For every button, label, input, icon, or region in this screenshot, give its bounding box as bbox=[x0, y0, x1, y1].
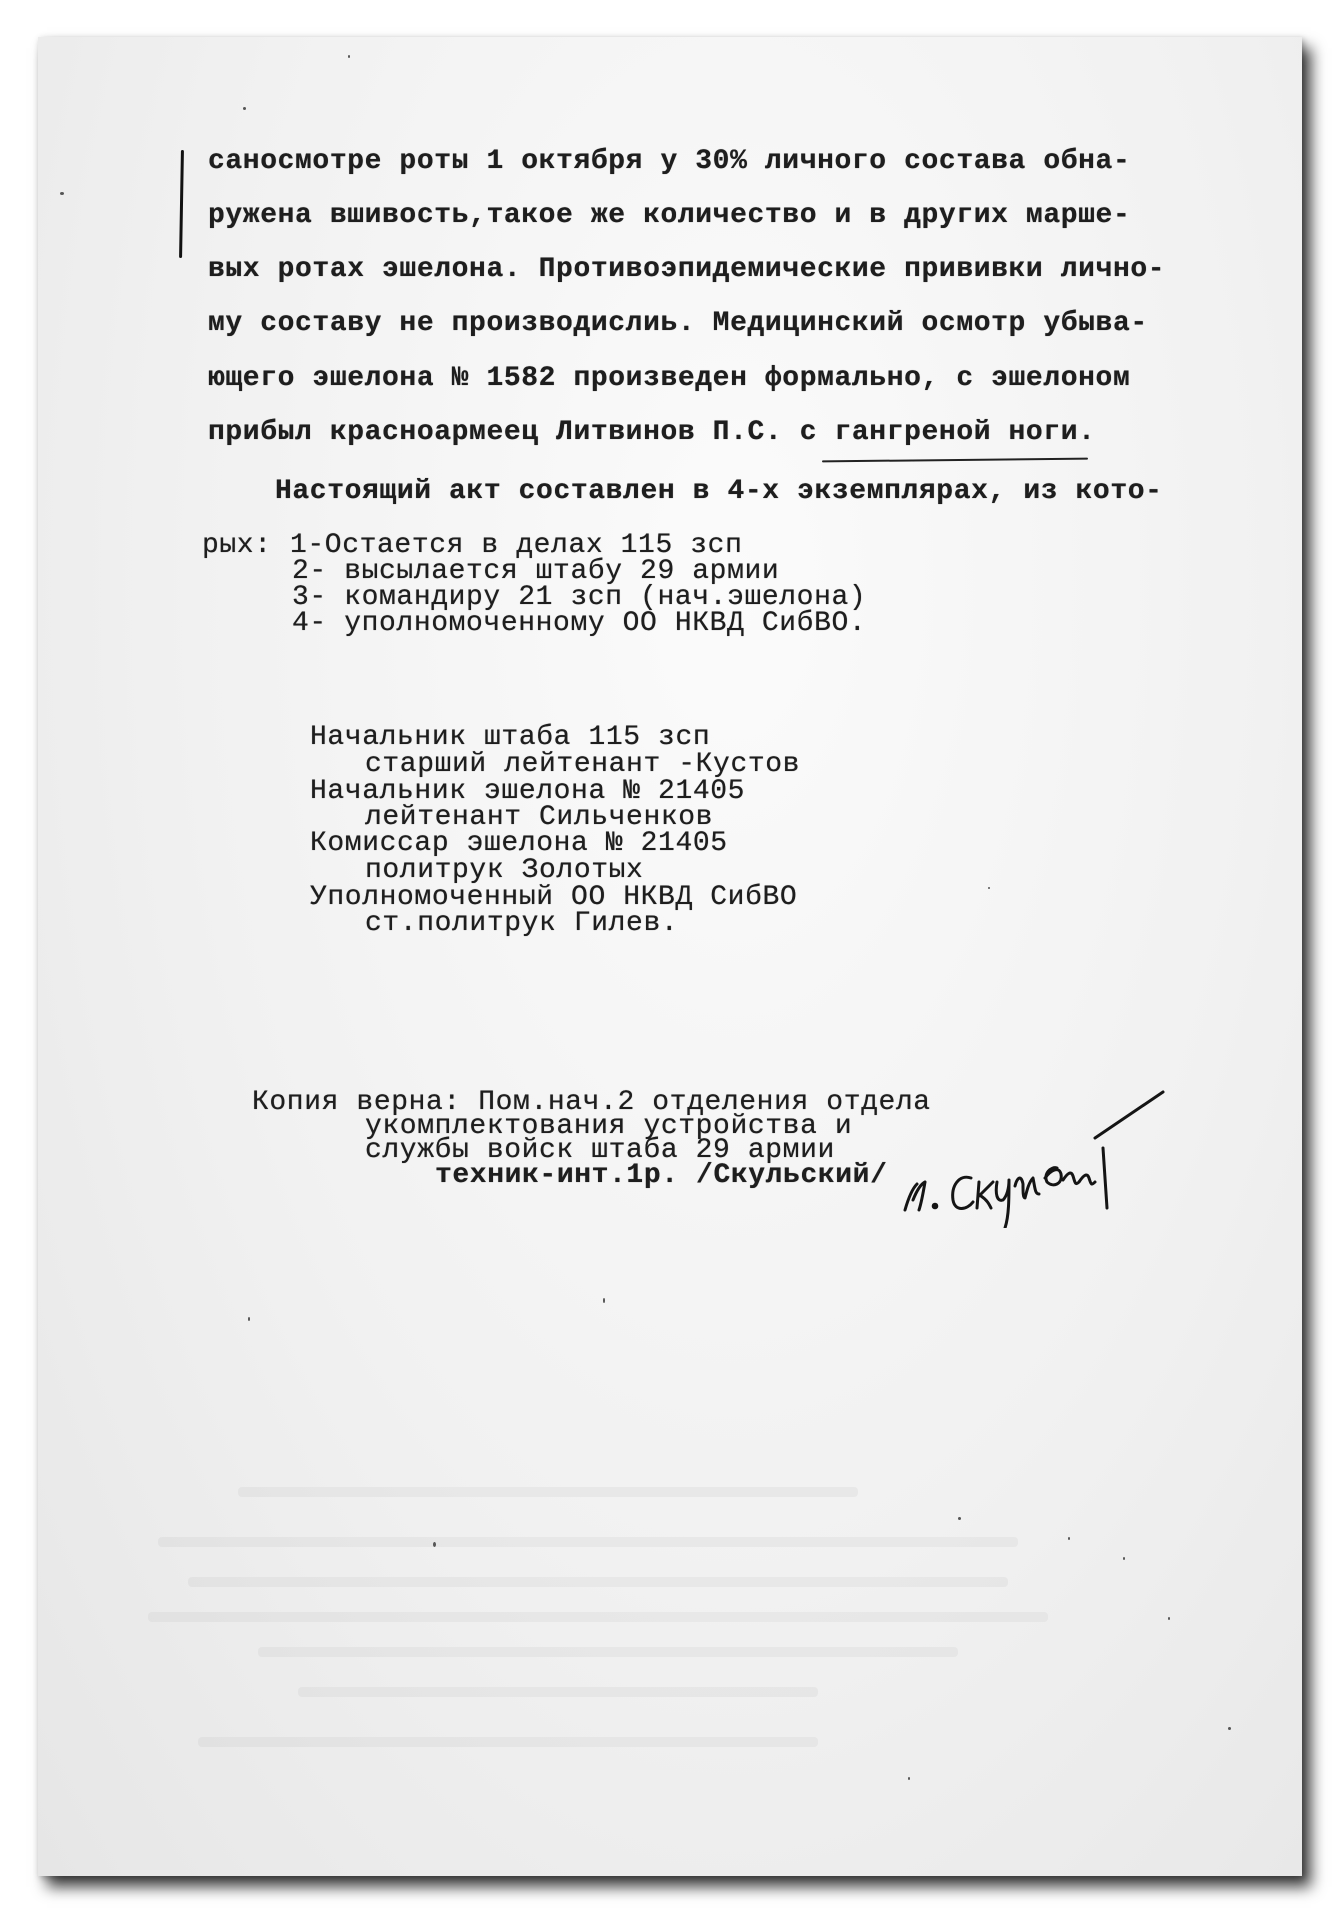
paper-speck bbox=[348, 55, 350, 58]
paper-speck bbox=[1168, 1617, 1170, 1620]
body-text: саносмотре роты 1 октября у 30% личного … bbox=[0, 0, 35, 868]
bleed-through-line bbox=[298, 1687, 818, 1697]
bleed-through-line bbox=[258, 1647, 958, 1657]
body-line: саносмотре роты 1 октября у 30% личного … bbox=[208, 146, 1130, 177]
paper-speck bbox=[1228, 1727, 1231, 1730]
signatory-name: ст.политрук Гилев. bbox=[365, 908, 678, 939]
body-line: ющего эшелона № 1582 произведен формальн… bbox=[208, 363, 1130, 394]
paper-speck bbox=[908, 1777, 910, 1780]
paper-speck bbox=[958, 1517, 961, 1520]
paper-speck bbox=[988, 887, 990, 889]
paper-speck bbox=[243, 107, 246, 110]
body-line: прибыл красноармеец Литвинов П.С. с ганг… bbox=[208, 417, 1096, 448]
body-line: ружена вшивость,такое же количество и в … bbox=[208, 200, 1130, 231]
paper-speck bbox=[1068, 1537, 1070, 1540]
handwritten-signature: И. Скульский bbox=[895, 1078, 1185, 1228]
paper-speck bbox=[248, 1317, 250, 1321]
paper-speck bbox=[603, 1298, 605, 1303]
distribution-lead: рых: bbox=[202, 530, 272, 561]
paper-speck bbox=[60, 192, 64, 195]
paragraph-2-line: Настоящий акт составлен в 4-х экземпляра… bbox=[275, 476, 1163, 507]
bleed-through-line bbox=[158, 1537, 1018, 1547]
bleed-through-line bbox=[238, 1487, 858, 1497]
body-line: му составу не производислиь. Медицинский… bbox=[208, 308, 1148, 339]
body-line: вых ротах эшелона. Противоэпидемические … bbox=[208, 254, 1165, 285]
bleed-through-line bbox=[198, 1737, 818, 1747]
bleed-through-line bbox=[188, 1577, 1008, 1587]
certification-line: техник-инт.1р. /Скульский/ bbox=[435, 1160, 887, 1191]
distribution-item: 4- уполномоченному ОО НКВД СибВО. bbox=[292, 608, 866, 639]
bleed-through-line bbox=[148, 1612, 1048, 1622]
paper-speck bbox=[1123, 1557, 1125, 1560]
